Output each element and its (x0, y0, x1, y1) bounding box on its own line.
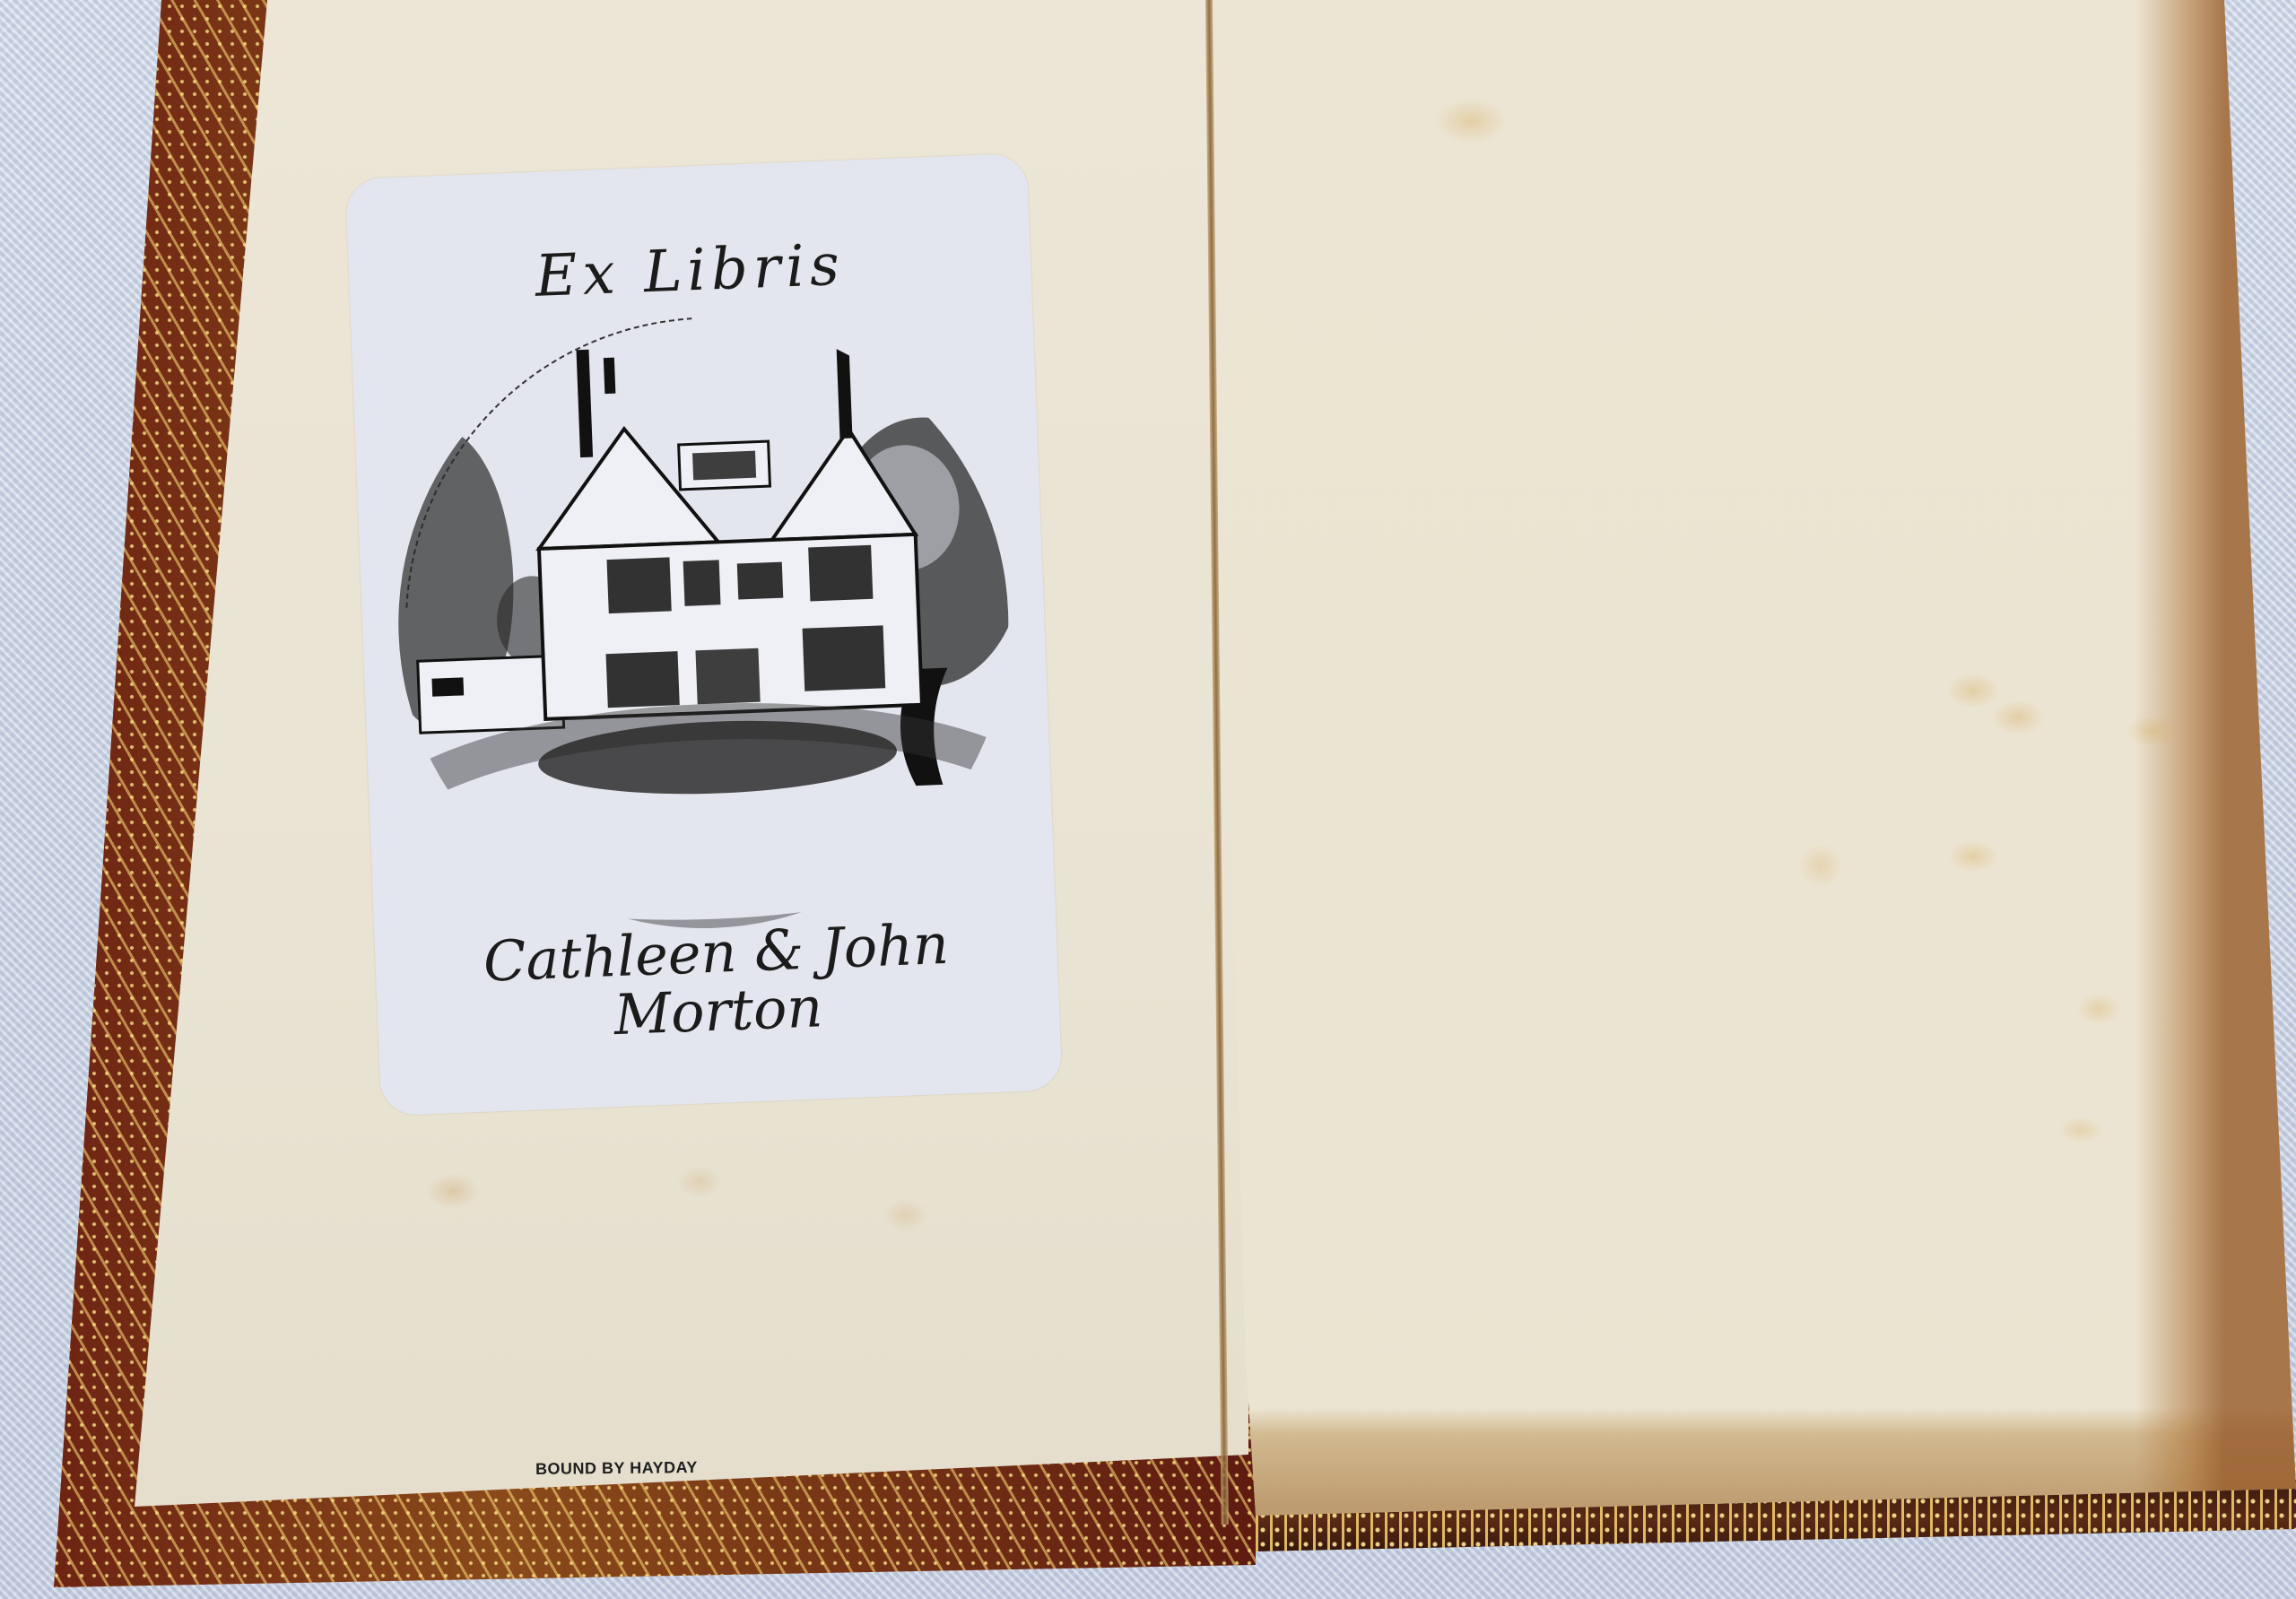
flyleaf-page (1202, 0, 2296, 1599)
bookplate: Ex Libris (345, 153, 1063, 1116)
binder-stamp: BOUND BY HAYDAY (535, 1458, 698, 1479)
house-vignette-icon (368, 279, 1038, 949)
bookplate-owner: Cathleen & John Morton (374, 910, 1059, 1053)
